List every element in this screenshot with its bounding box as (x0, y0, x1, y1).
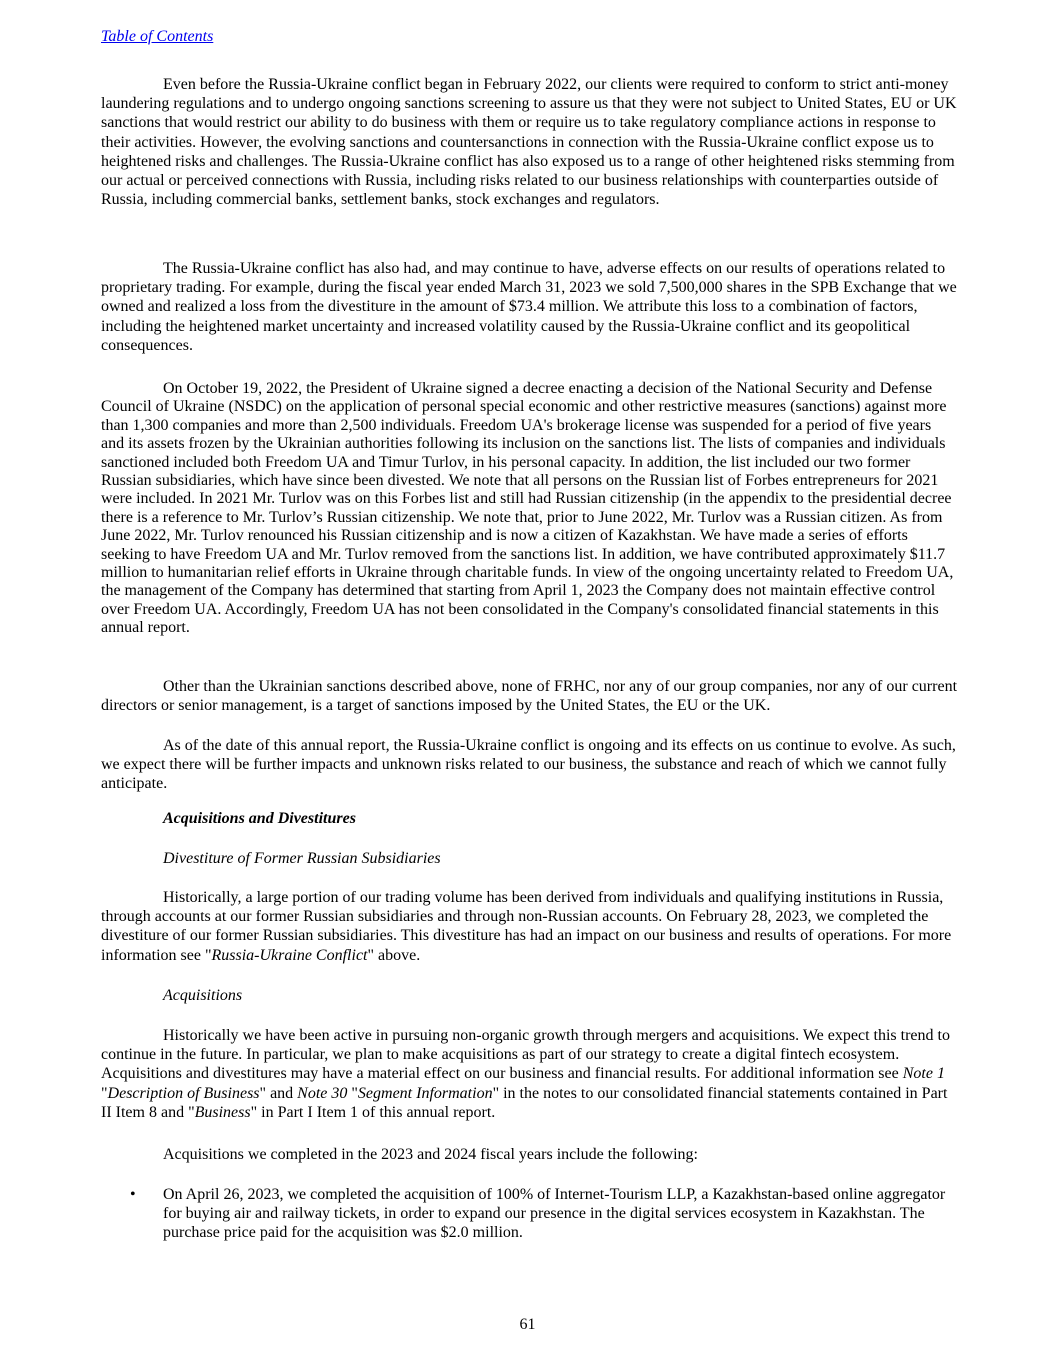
list-item-text: On April 26, 2023, we completed the acqu… (163, 1185, 957, 1243)
list-item-internet-tourism: • On April 26, 2023, we completed the ac… (101, 1185, 957, 1243)
page-number: 61 (0, 1316, 1055, 1334)
paragraph-acquisitions-growth: Historically we have been active in purs… (101, 1026, 957, 1122)
business-reference: Business (195, 1104, 251, 1121)
table-of-contents-link[interactable]: Table of Contents (101, 28, 213, 46)
paragraph-sanctions-screening: Even before the Russia-Ukraine conflict … (101, 75, 957, 209)
paragraph-ongoing-conflict: As of the date of this annual report, th… (101, 736, 957, 794)
paragraph-other-sanctions: Other than the Ukrainian sanctions descr… (101, 677, 957, 715)
paragraph-proprietary-trading: The Russia-Ukraine conflict has also had… (101, 259, 957, 355)
note-1-title: Description of Business (108, 1085, 260, 1102)
paragraph-acquisitions-intro: Acquisitions we completed in the 2023 an… (101, 1145, 957, 1164)
divestiture-text-end: " above. (367, 947, 420, 964)
russia-ukraine-conflict-reference: Russia-Ukraine Conflict (212, 947, 368, 964)
paragraph-divestiture: Historically, a large portion of our tra… (101, 888, 957, 965)
bullet-icon: • (130, 1185, 136, 1204)
paragraph-ukraine-decree: On October 19, 2022, the President of Uk… (101, 380, 957, 638)
subheading-acquisitions: Acquisitions (163, 986, 242, 1005)
annual-report-text: " in Part I Item 1 of this annual report… (251, 1104, 496, 1121)
acquisitions-text: Historically we have been active in purs… (101, 1027, 950, 1082)
note-1-reference: Note 1 (903, 1065, 945, 1082)
section-heading-acquisitions-divestitures: Acquisitions and Divestitures (163, 809, 356, 828)
and-text: " and (260, 1085, 298, 1102)
note-30-title: Segment Information (358, 1085, 493, 1102)
quote-open-2: " (347, 1085, 358, 1102)
subheading-divestiture-russian-subsidiaries: Divestiture of Former Russian Subsidiari… (163, 849, 441, 868)
note-30-reference: Note 30 (297, 1085, 347, 1102)
